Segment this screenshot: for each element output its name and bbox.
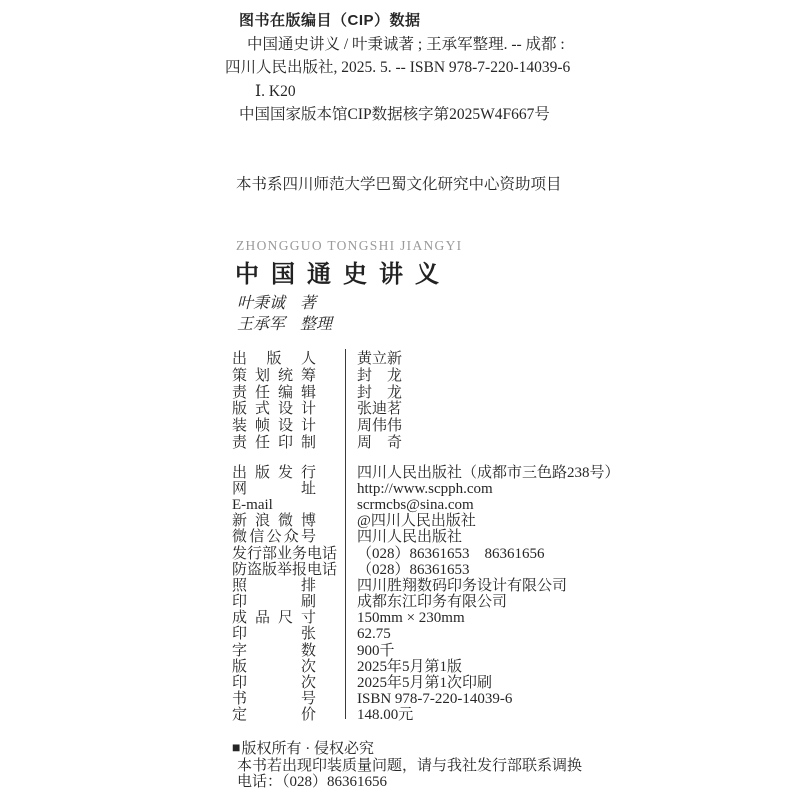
table-row: 责任编辑 封 龙 [232,385,620,402]
row-value: 封 龙 [357,385,402,402]
row-label: 装帧设计 [232,418,316,435]
filled-square-icon: ■ [232,742,240,756]
row-value: 62.75 [357,626,391,642]
cip-classification: Ⅰ. K20 [225,80,625,104]
row-label: 网址 [232,481,316,497]
footer-notices: ■ 版权所有 · 侵权必究 本书若出现印装质量问题，请与我社发行部联系调换 电话… [232,741,582,791]
row-value: 2025年5月第1次印刷 [357,675,492,691]
table-row: 出版人 黄立新 [232,351,620,368]
table-row: 防盗版举报电话 （028）86361653 [232,562,620,578]
row-label: 版次 [232,659,316,675]
table-row: E-mail scrmcbs@sina.com [232,497,620,513]
row-value: ISBN 978-7-220-14039-6 [357,691,512,707]
row-value: 张迪茗 [357,401,402,418]
row-label: E-mail [232,497,316,513]
table-row: 装帧设计 周伟伟 [232,418,620,435]
table-row: 发行部业务电话 （028）86361653 86361656 [232,546,620,562]
book-title: 中国通史讲义 [235,254,451,289]
row-label: 责任编辑 [232,385,316,402]
table-row: 版式设计 张迪茗 [232,401,620,418]
row-value: @四川人民出版社 [357,513,476,529]
row-label: 定价 [232,707,316,723]
funding-note: 本书系四川师范大学巴蜀文化研究中心资助项目 [236,172,562,194]
table-row: 定价 148.00元 [232,707,620,723]
author-role: 著 [300,290,316,313]
table-row: 印刷 成都东江印务有限公司 [232,594,620,610]
editor-byline: 王承军 整理 [237,311,332,334]
row-label: 印张 [232,626,316,642]
cip-description-line-1: 中国通史讲义 / 叶秉诚著 ; 王承军整理. -- 成都 : [225,33,625,57]
row-value: http://www.scpph.com [357,481,493,497]
copyright-text: 版权所有 · 侵权必究 [241,741,374,758]
row-value: 四川人民出版社（成都市三色路238号） [357,465,620,481]
row-value: 150mm × 230mm [357,610,465,626]
row-label: 书号 [232,691,316,707]
table-row: 微信公众号 四川人民出版社 [232,529,620,545]
table-row: 新浪微博 @四川人民出版社 [232,513,620,529]
table-row: 策划统筹 封 龙 [232,368,620,385]
staff-rows: 出版人 黄立新 策划统筹 封 龙 责任编辑 封 龙 版式设计 张迪茗 装帧设计 … [232,351,620,452]
contact-phone: 电话：（028）86361656 [232,774,582,791]
table-row: 印张 62.75 [232,626,620,642]
publication-rows: 出版发行 四川人民出版社（成都市三色路238号） 网址 http://www.s… [232,465,620,724]
table-row: 网址 http://www.scpph.com [232,481,620,497]
table-row: 字数 900千 [232,643,620,659]
row-value: 2025年5月第1版 [357,659,462,675]
table-row: 责任印制 周 奇 [232,435,620,452]
cip-block: 图书在版编目（CIP）数据 中国通史讲义 / 叶秉诚著 ; 王承军整理. -- … [225,9,625,127]
editor-role: 整理 [300,311,332,334]
row-label: 策划统筹 [232,368,316,385]
row-label: 新浪微博 [232,513,316,529]
title-pinyin: ZHONGGUO TONGSHI JIANGYI [236,238,462,254]
row-label: 出版发行 [232,465,316,481]
row-label: 照排 [232,578,316,594]
row-value: （028）86361653 [357,562,470,578]
table-row: 版次 2025年5月第1版 [232,659,620,675]
row-label: 字数 [232,643,316,659]
row-value: 成都东江印务有限公司 [357,594,507,610]
row-value: 周伟伟 [357,418,402,435]
table-row: 书号 ISBN 978-7-220-14039-6 [232,691,620,707]
table-row: 照排 四川胜翔数码印务设计有限公司 [232,578,620,594]
row-label: 版式设计 [232,401,316,418]
row-label: 印次 [232,675,316,691]
row-value: 封 龙 [357,368,402,385]
row-value: 148.00元 [357,707,413,723]
row-label: 防盗版举报电话 [232,562,316,578]
row-label: 微信公众号 [232,529,316,545]
row-label: 责任印制 [232,435,316,452]
table-row: 成品尺寸 150mm × 230mm [232,610,620,626]
row-label: 印刷 [232,594,316,610]
cip-description-line-2: 四川人民出版社, 2025. 5. -- ISBN 978-7-220-1403… [225,56,625,80]
editor-name: 王承军 [237,311,285,334]
row-value: 黄立新 [357,351,402,368]
copyright-line: ■ 版权所有 · 侵权必究 [232,741,582,758]
row-value: 四川人民出版社 [357,529,462,545]
cip-record-number: 中国国家版本馆CIP数据核字第2025W4F667号 [225,103,625,127]
colophon-table: 出版人 黄立新 策划统筹 封 龙 责任编辑 封 龙 版式设计 张迪茗 装帧设计 … [232,351,620,723]
author-name: 叶秉诚 [237,290,285,313]
row-value: 四川胜翔数码印务设计有限公司 [357,578,567,594]
row-value: scrmcbs@sina.com [357,497,474,513]
row-value: 周 奇 [357,435,402,452]
author-byline: 叶秉诚 著 [237,290,316,313]
table-row: 印次 2025年5月第1次印刷 [232,675,620,691]
row-label: 出版人 [232,351,316,368]
row-value: 900千 [357,643,395,659]
quality-note: 本书若出现印装质量问题，请与我社发行部联系调换 [232,758,582,775]
row-label: 发行部业务电话 [232,546,316,562]
cip-heading: 图书在版编目（CIP）数据 [225,9,625,33]
row-label: 成品尺寸 [232,610,316,626]
table-row: 出版发行 四川人民出版社（成都市三色路238号） [232,465,620,481]
row-value: （028）86361653 86361656 [357,546,545,562]
copyright-page: 图书在版编目（CIP）数据 中国通史讲义 / 叶秉诚著 ; 王承军整理. -- … [0,0,800,800]
